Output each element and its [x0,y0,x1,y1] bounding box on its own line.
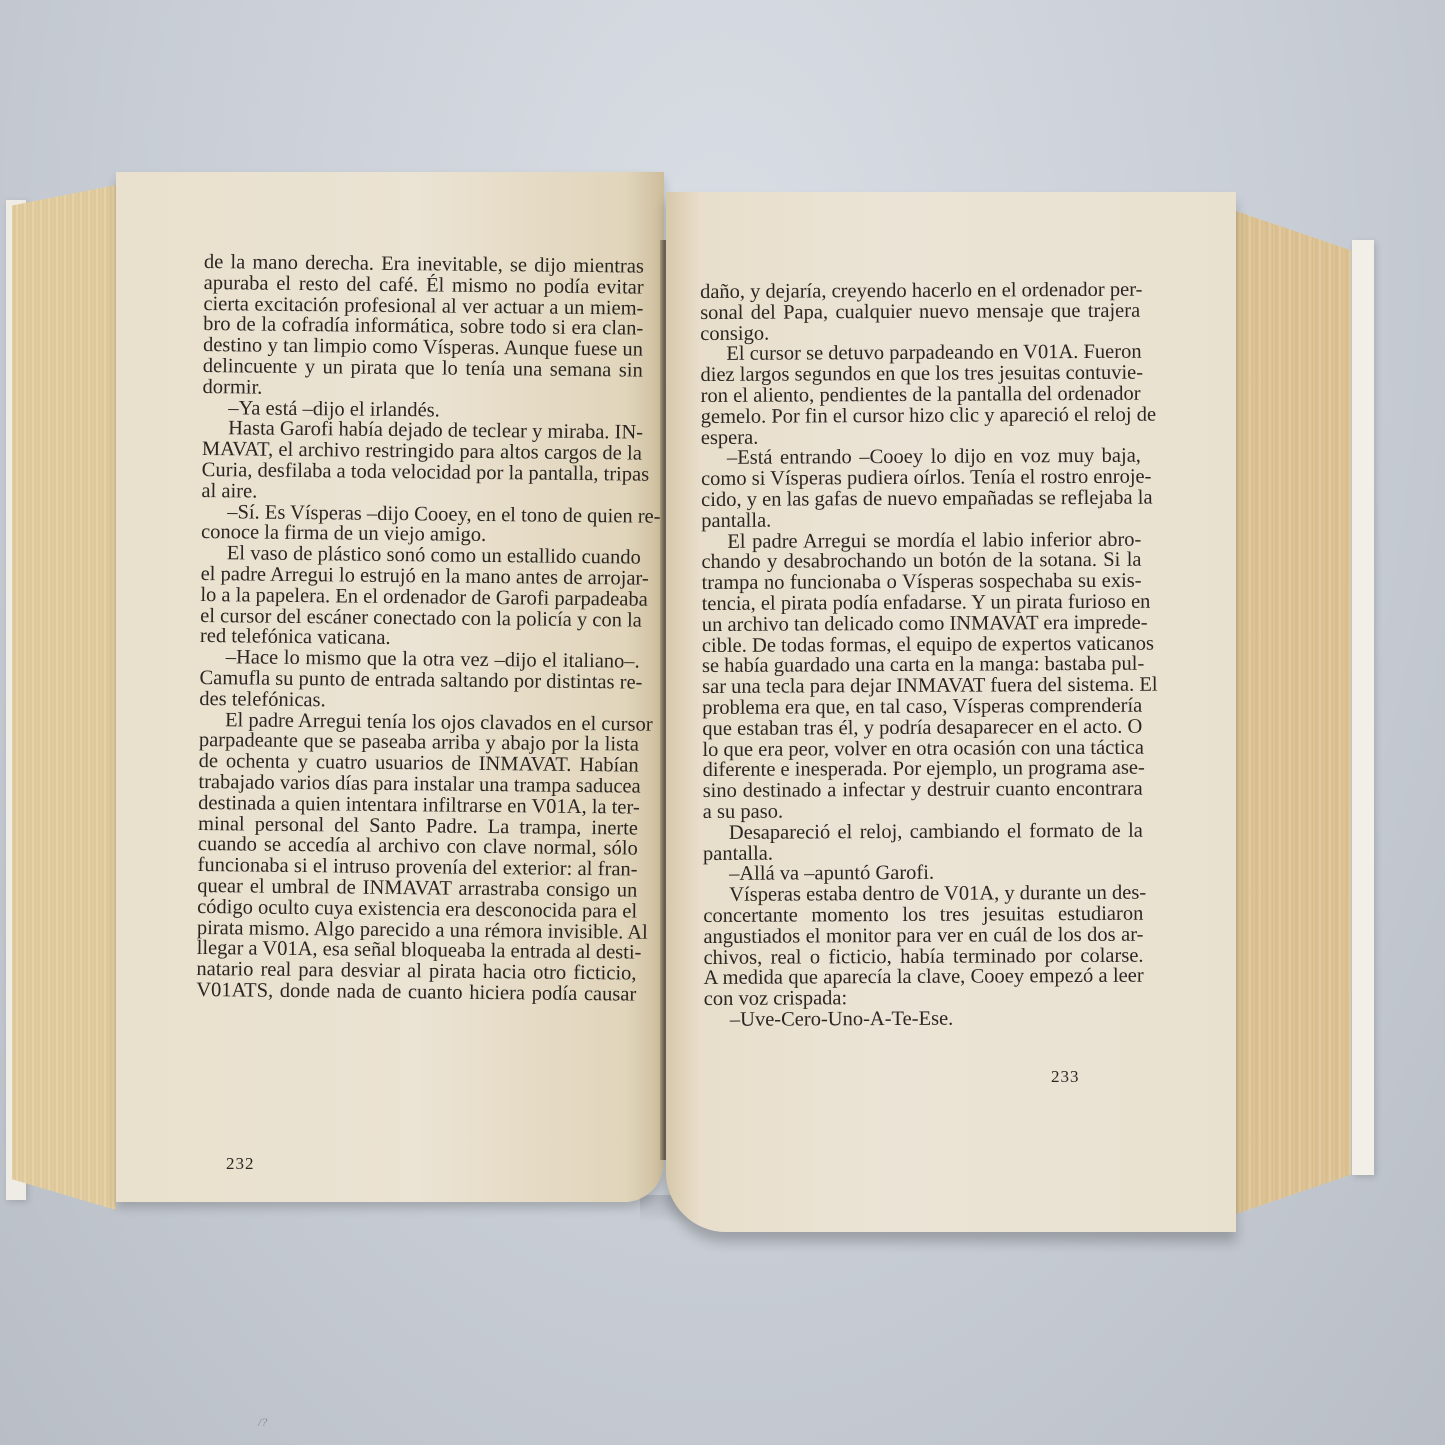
text-line: cido, y en las gafas de nuevo empañadas … [701,488,1141,511]
text-line: Desapareció el reloj, cambiando el forma… [703,820,1143,843]
text-line: delincuente y un pirata que lo tenía una… [203,356,643,381]
open-book-photo: de la mano derecha. Era inevitable, se d… [0,0,1445,1445]
left-page: de la mano derecha. Era inevitable, se d… [116,172,664,1202]
text-line: A medida que aparecía la clave, Cooey em… [704,966,1144,989]
surface-mark: /? [258,1415,267,1430]
text-line: sino destinado a infectar y destruir cua… [703,779,1143,802]
text-line: con voz crispada: [704,987,1144,1010]
front-cover-edge [1352,240,1374,1175]
page-number-right: 233 [1051,1067,1080,1087]
text-line: –Uve-Cero-Uno-A-Te-Ese. [704,1008,1144,1031]
text-line: angustiados el monitor para ver en cuál … [703,924,1143,947]
right-page-text: daño, y dejaría, creyendo hacerlo en el … [700,280,1144,1031]
right-page-block-edge [1233,210,1351,1215]
text-line: Curia, desfilaba a toda velocidad por la… [202,460,642,485]
text-line: sonal del Papa, cualquier nuevo mensaje … [700,300,1140,323]
left-page-block-edge [12,185,116,1210]
text-line: V01ATS, donde nada de cuanto hiciera pod… [196,980,636,1005]
text-line: pantalla. [703,841,1143,864]
page-number-left: 232 [226,1154,255,1174]
right-page: daño, y dejaría, creyendo hacerlo en el … [666,192,1236,1232]
left-page-text: de la mano derecha. Era inevitable, se d… [196,252,644,1005]
text-line: gemelo. Por fin el cursor hizo clic y ap… [701,404,1141,427]
